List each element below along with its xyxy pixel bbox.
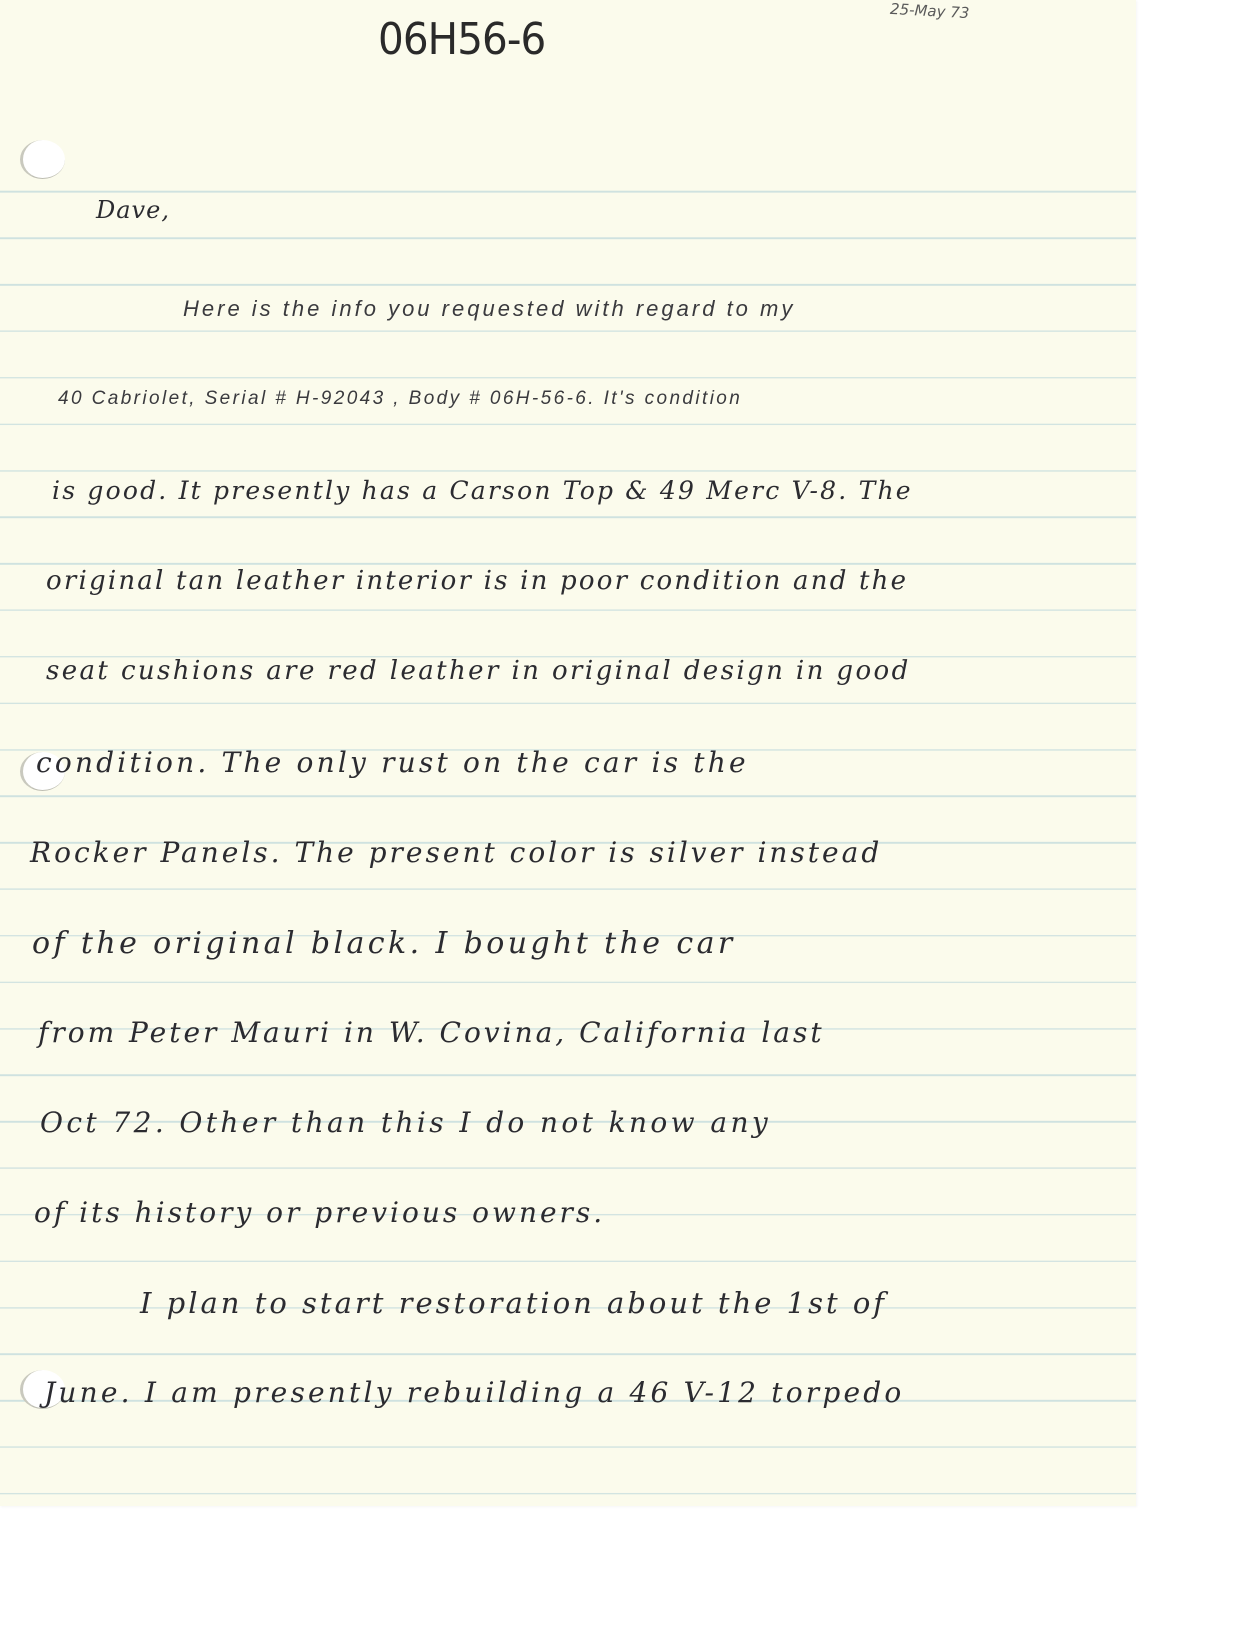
letter-line: June. I am presently rebuilding a 46 V-1… <box>44 1376 904 1409</box>
letter-line: Here is the info you requested with rega… <box>183 296 795 322</box>
letter-line: of the original black. I bought the car <box>32 926 736 961</box>
letter-line: seat cushions are red leather in origina… <box>46 656 911 686</box>
letter-line: 40 Cabriolet, Serial # H-92043 , Body # … <box>58 388 742 410</box>
punch-hole <box>20 140 65 179</box>
letter-line: from Peter Mauri in W. Covina, Californi… <box>38 1016 825 1049</box>
letter-line: Oct 72. Other than this I do not know an… <box>40 1106 771 1139</box>
letter-line: is good. It presently has a Carson Top &… <box>52 476 913 505</box>
letter-line: I plan to start restoration about the 1s… <box>140 1286 887 1320</box>
document-id-heading: 06H56-6 <box>378 14 545 65</box>
letter-line: of its history or previous owners. <box>34 1196 605 1229</box>
salutation: Dave, <box>96 196 170 224</box>
lined-paper-sheet: 06H56-6 25-May 73 Dave, Here is the info… <box>0 0 1136 1506</box>
paper-header-margin <box>0 0 1136 190</box>
letter-line: original tan leather interior is in poor… <box>46 566 908 596</box>
letter-line: Rocker Panels. The present color is silv… <box>30 836 882 869</box>
letter-line: condition. The only rust on the car is t… <box>36 746 749 779</box>
